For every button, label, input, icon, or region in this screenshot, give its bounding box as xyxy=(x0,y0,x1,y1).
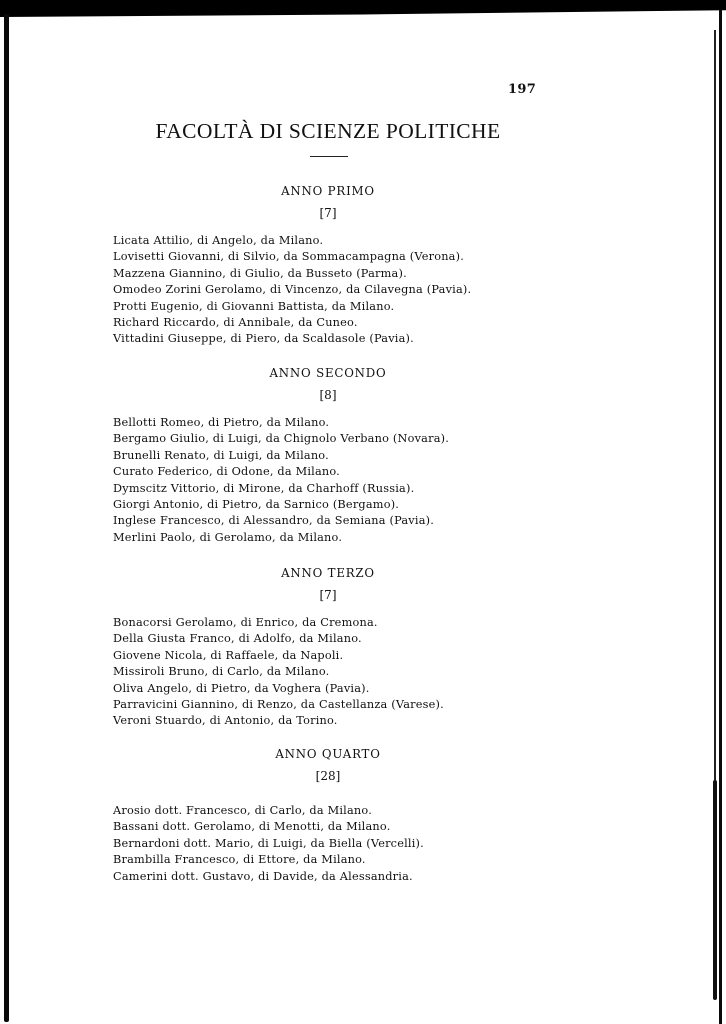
title-divider xyxy=(310,156,348,157)
section-count-anno-primo: [7] xyxy=(0,206,656,220)
student-entry: Bergamo Giulio, di Luigi, da Chignolo Ve… xyxy=(113,431,449,447)
student-entry: Brambilla Francesco, di Ettore, da Milan… xyxy=(113,852,424,868)
student-entry: Della Giusta Franco, di Adolfo, da Milan… xyxy=(113,631,444,647)
section-heading-anno-terzo: ANNO TERZO xyxy=(0,566,656,580)
student-entry: Bassani dott. Gerolamo, di Menotti, da M… xyxy=(113,819,424,835)
section-count-anno-terzo: [7] xyxy=(0,588,656,602)
student-entry: Camerini dott. Gustavo, di Davide, da Al… xyxy=(113,869,424,885)
student-entry: Parravicini Giannino, di Renzo, da Caste… xyxy=(113,697,444,713)
page-title: FACOLTÀ DI SCIENZE POLITICHE xyxy=(0,119,656,144)
section-count-anno-quarto: [28] xyxy=(0,769,656,783)
student-list-anno-secondo: Bellotti Romeo, di Pietro, da Milano. Be… xyxy=(113,415,449,546)
section-count-anno-secondo: [8] xyxy=(0,388,656,402)
student-list-anno-primo: Licata Attilio, di Angelo, da Milano. Lo… xyxy=(113,233,471,348)
student-entry: Giovene Nicola, di Raffaele, da Napoli. xyxy=(113,648,444,664)
student-entry: Oliva Angelo, di Pietro, da Voghera (Pav… xyxy=(113,681,444,697)
student-entry: Merlini Paolo, di Gerolamo, da Milano. xyxy=(113,530,449,546)
section-heading-anno-primo: ANNO PRIMO xyxy=(0,184,656,198)
student-entry: Inglese Francesco, di Alessandro, da Sem… xyxy=(113,513,449,529)
section-heading-anno-secondo: ANNO SECONDO xyxy=(0,366,656,380)
student-entry: Dymscitz Vittorio, di Mirone, da Charhof… xyxy=(113,481,449,497)
page-number: 197 xyxy=(508,82,536,97)
student-entry: Curato Federico, di Odone, da Milano. xyxy=(113,464,449,480)
student-entry: Mazzena Giannino, di Giulio, da Busseto … xyxy=(113,266,471,282)
student-entry: Bernardoni dott. Mario, di Luigi, da Bie… xyxy=(113,836,424,852)
scan-top-border xyxy=(0,0,726,17)
student-entry: Lovisetti Giovanni, di Silvio, da Sommac… xyxy=(113,249,471,265)
student-entry: Bellotti Romeo, di Pietro, da Milano. xyxy=(113,415,449,431)
student-entry: Missiroli Bruno, di Carlo, da Milano. xyxy=(113,664,444,680)
student-entry: Licata Attilio, di Angelo, da Milano. xyxy=(113,233,471,249)
student-entry: Richard Riccardo, di Annibale, da Cuneo. xyxy=(113,315,471,331)
student-list-anno-terzo: Bonacorsi Gerolamo, di Enrico, da Cremon… xyxy=(113,615,444,730)
student-entry: Arosio dott. Francesco, di Carlo, da Mil… xyxy=(113,803,424,819)
scan-right-inner-border xyxy=(714,30,716,790)
student-entry: Giorgi Antonio, di Pietro, da Sarnico (B… xyxy=(113,497,449,513)
section-heading-anno-quarto: ANNO QUARTO xyxy=(0,747,656,761)
student-entry: Brunelli Renato, di Luigi, da Milano. xyxy=(113,448,449,464)
student-entry: Bonacorsi Gerolamo, di Enrico, da Cremon… xyxy=(113,615,444,631)
scan-right-border xyxy=(719,10,722,1024)
student-entry: Veroni Stuardo, di Antonio, da Torino. xyxy=(113,713,444,729)
scan-right-shadow xyxy=(713,780,717,1000)
scan-left-border xyxy=(4,14,9,1022)
student-entry: Omodeo Zorini Gerolamo, di Vincenzo, da … xyxy=(113,282,471,298)
student-entry: Protti Eugenio, di Giovanni Battista, da… xyxy=(113,299,471,315)
student-entry: Vittadini Giuseppe, di Piero, da Scaldas… xyxy=(113,331,471,347)
student-list-anno-quarto: Arosio dott. Francesco, di Carlo, da Mil… xyxy=(113,803,424,885)
